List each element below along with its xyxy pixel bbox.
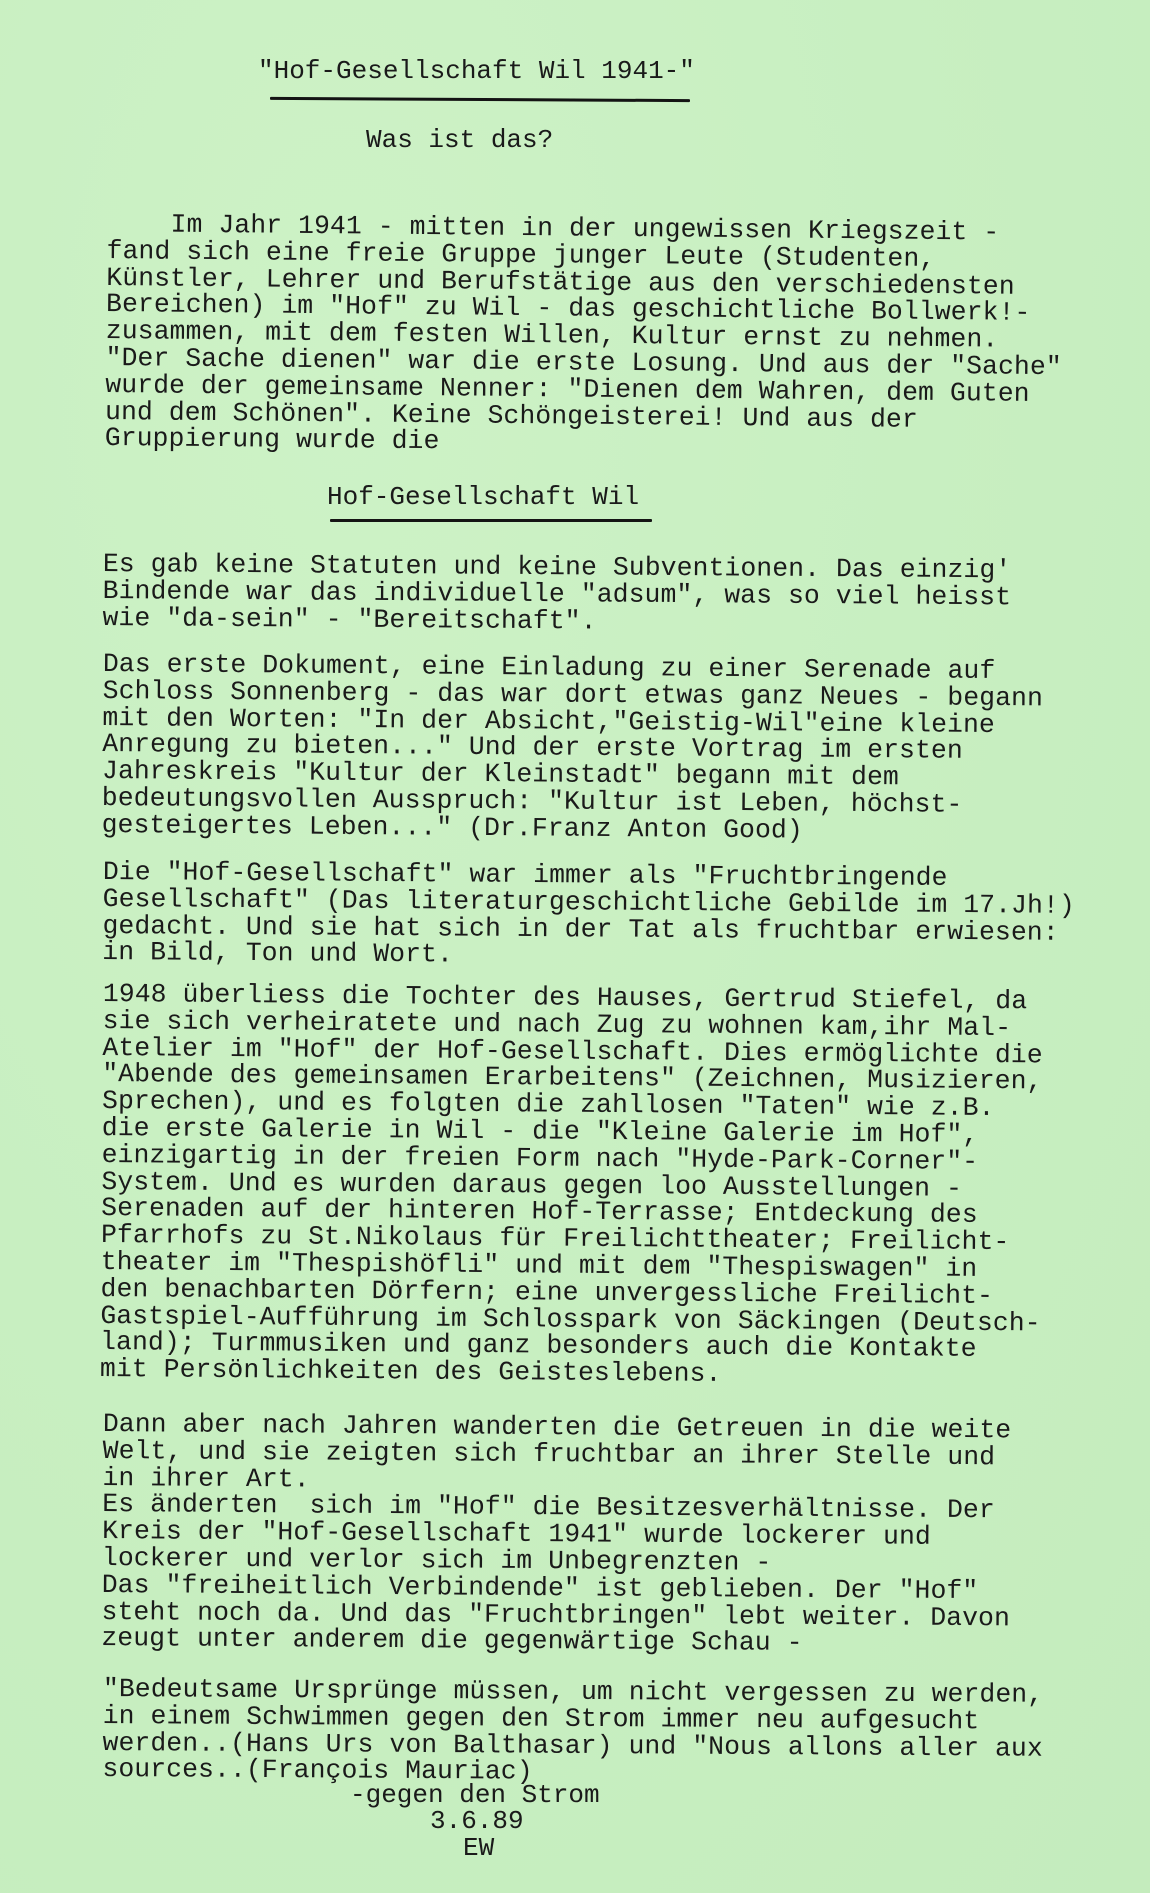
title-underline — [270, 97, 690, 102]
subtitle-underline — [330, 519, 652, 522]
signature-date: 3.6.89 — [430, 1806, 524, 1836]
document-question: Was ist das? — [366, 125, 553, 155]
section-subtitle: Hof-Gesellschaft Wil — [327, 482, 639, 512]
document-page: "Hof-Gesellschaft Wil 1941-" Was ist das… — [0, 0, 1150, 1893]
paragraph-1948: 1948 überliess die Tochter des Hauses, G… — [100, 981, 1103, 1391]
document-title: "Hof-Gesellschaft Wil 1941-" — [258, 56, 695, 86]
paragraph-first-document: Das erste Dokument, eine Einladung zu ei… — [102, 651, 1103, 846]
paragraph-intro: Im Jahr 1941 - mitten in der ungewissen … — [105, 211, 1107, 462]
paragraph-fruchtbringende: Die "Hof-Gesellschaft" war immer als "Fr… — [102, 859, 1103, 973]
paragraph-quote: "Bedeutsame Ursprünge müssen, um nicht v… — [102, 1676, 1103, 1789]
paragraph-later-years: Dann aber nach Jahren wanderten die Getr… — [101, 1411, 1103, 1659]
paragraph-statutes: Es gab keine Statuten und keine Subventi… — [102, 551, 1103, 638]
signature-initials: EW — [463, 1833, 494, 1863]
